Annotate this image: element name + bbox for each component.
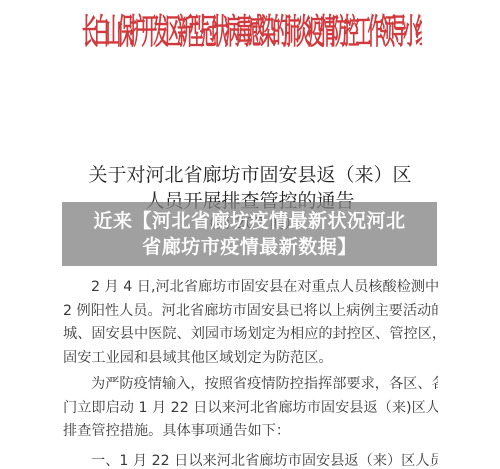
letterhead: 长白山保护开发区新型冠状病毒感染的肺炎疫情防控工作领导小组办公室文件 <box>82 12 422 52</box>
document-title-line1: 关于对河北省廊坊市固安县返（来）区 <box>0 160 500 187</box>
paragraph-line: 排查管控措施。具体事项通告如下： <box>63 420 438 444</box>
paragraph-line: 为严防疫情输入，按照省疫情防控指挥部要求，各区、各部 <box>63 373 438 397</box>
letterhead-text: 长白山保护开发区新型冠状病毒感染的肺炎疫情防控工作领导小组办公室文件 <box>82 12 422 50</box>
headline-line1: 近来【河北省廊坊疫情最新状况河北 <box>93 208 405 234</box>
paragraph-line: 固安工业园和县域其他区域划定为防范区。 <box>63 347 438 371</box>
paragraph-1: 2 月 4 日,河北省廊坊市固安县在对重点人员核酸检测中发现 2 例阳性人员。河… <box>63 276 438 370</box>
paragraph-line: 城、固安县中医院、刘园市场划定为相应的封控区、管控区，将 <box>63 323 438 347</box>
paragraph-line: 一、1 月 22 日以来河北省廊坊市固安县返（来）区人员要及 <box>63 450 438 469</box>
paragraph-2: 为严防疫情输入，按照省疫情防控指挥部要求，各区、各部 门立即启动 1 月 22 … <box>63 373 438 444</box>
paragraph-line: 2 例阳性人员。河北省廊坊市固安县已将以上病例主要活动的大卫 <box>63 300 438 324</box>
paragraph-3: 一、1 月 22 日以来河北省廊坊市固安县返（来）区人员要及 <box>63 450 438 469</box>
headline-overlay: 近来【河北省廊坊疫情最新状况河北 省廊坊市疫情最新数据】 <box>62 202 437 266</box>
paragraph-line: 2 月 4 日,河北省廊坊市固安县在对重点人员核酸检测中发现 <box>63 276 438 300</box>
headline-line2: 省廊坊市疫情最新数据】 <box>142 234 357 260</box>
paragraph-line: 门立即启动 1 月 22 日以来河北省廊坊市固安县返（来)区人员的 <box>63 397 438 421</box>
